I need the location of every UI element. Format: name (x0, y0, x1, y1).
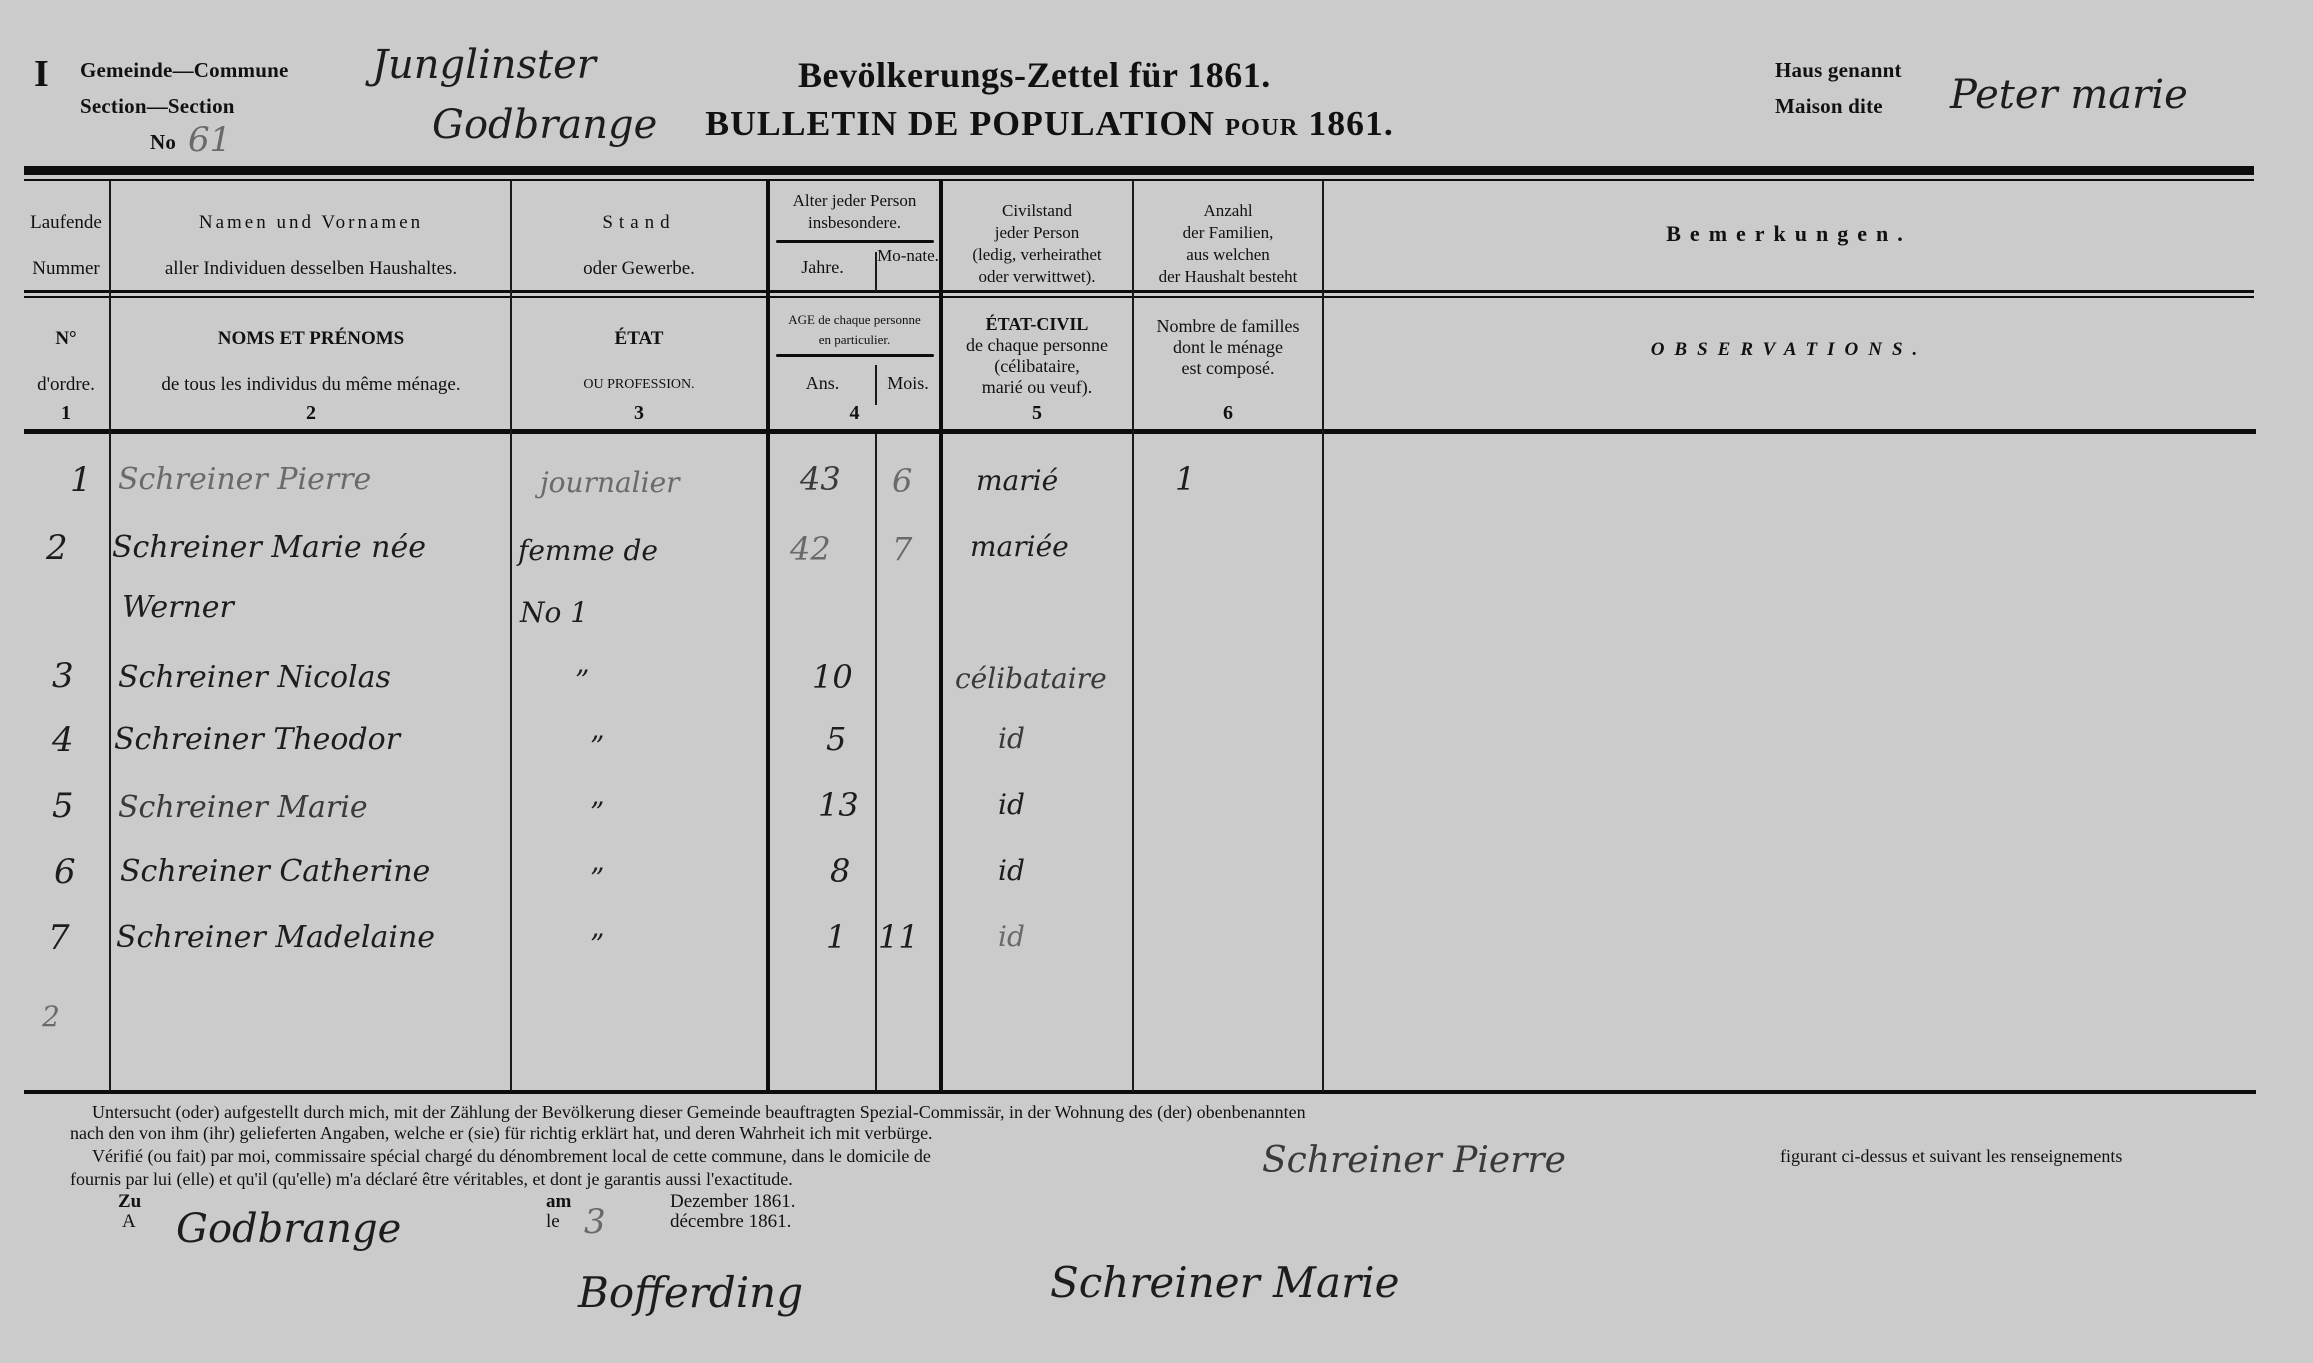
age-brace-de (776, 240, 934, 243)
row-1-profession: journalier (540, 466, 680, 499)
row-2-age-months: 7 (892, 530, 912, 568)
col2-header-de: Namen und Vornamen aller Individuen dess… (112, 200, 510, 292)
place-value: Godbrange (176, 1206, 401, 1252)
maison-label: Maison dite (1775, 94, 1883, 119)
col3-header-de: Stand oder Gewerbe. (512, 200, 766, 292)
col4-years-fr: Ans. (770, 372, 875, 395)
row-4-age-years: 5 (826, 720, 846, 758)
col3-de-line1: Stand (512, 200, 766, 246)
col5-number: 5 (942, 402, 1132, 425)
col1-de-line2: Nummer (22, 246, 110, 292)
row-3-profession: ” (575, 664, 589, 697)
col6-de-line2: der Familien, (1134, 222, 1322, 244)
row-7-civil: id (998, 920, 1025, 953)
col5-de-line1: Civilstand (942, 200, 1132, 222)
col4-number: 4 (770, 402, 939, 425)
section-label: Section—Section (80, 94, 235, 119)
footer-fr-line1: Vérifié (ou fait) par moi, commissaire s… (92, 1147, 931, 1165)
title-french-pour: POUR (1225, 115, 1298, 141)
col1-fr-title: N° (22, 316, 110, 362)
col1-number: 1 (22, 402, 110, 425)
row-6-profession: ” (590, 862, 604, 895)
signature-commissioner: Bofferding (578, 1268, 803, 1317)
row-7-profession: ” (590, 928, 604, 961)
row-7-name: Schreiner Madelaine (116, 920, 435, 955)
footer-de-line1: Untersucht (oder) aufgestellt durch mich… (92, 1103, 1306, 1121)
row-1-name: Schreiner Pierre (118, 462, 371, 497)
col5-fr-sub1: de chaque personne (942, 335, 1132, 356)
col5-de-line2: jeder Person (942, 222, 1132, 244)
number-label: No (150, 130, 176, 155)
title-french-year: 1861. (1308, 104, 1393, 143)
domicile-value: Schreiner Pierre (1262, 1140, 1566, 1181)
col4-years-de: Jahre. (770, 256, 875, 279)
row-1-age-years: 43 (800, 460, 841, 498)
col2-header-fr: NOMS ET PRÉNOMS de tous les individus du… (112, 316, 510, 408)
table-bottom-rule (24, 1090, 2256, 1094)
col6-header-de: Anzahl der Familien, aus welchen der Hau… (1134, 200, 1322, 288)
col6-de-line1: Anzahl (1134, 200, 1322, 222)
le-label: le (546, 1212, 560, 1231)
col4-months-fr: Mois. (877, 372, 939, 395)
row-3-name: Schreiner Nicolas (118, 660, 391, 695)
row-5-age-years: 13 (818, 786, 859, 824)
row-2-civil: mariée (970, 530, 1069, 563)
col1-de-line1: Laufende (22, 200, 110, 246)
col7-header-de: Bemerkungen. (1324, 220, 2254, 248)
row-1-age-months: 6 (892, 462, 912, 500)
row-3-age-years: 10 (812, 658, 853, 696)
zu-label: Zu (118, 1192, 141, 1211)
top-thick-rule (24, 166, 2254, 175)
col5-header-de: Civilstand jeder Person (ledig, verheira… (942, 200, 1132, 288)
row-2-age-years: 42 (790, 530, 831, 568)
footer-fr-line2: fournis par lui (elle) et qu'il (qu'elle… (70, 1170, 793, 1188)
row-4-profession: ” (590, 730, 604, 763)
row-7-age-years: 1 (826, 918, 846, 956)
col6-number: 6 (1134, 402, 1322, 425)
section-value: Godbrange (432, 102, 657, 148)
col5-fr-sub2: (célibataire, (942, 356, 1132, 377)
row-6-name: Schreiner Catherine (120, 854, 430, 889)
number-value: 61 (188, 120, 231, 160)
col6-header-fr: Nombre de familles dont le ménage est co… (1134, 316, 1322, 379)
col6-fr-sub3: est composé. (1134, 358, 1322, 379)
col5-de-line3: (ledig, verheirathet (942, 244, 1132, 266)
row-6-age-years: 8 (830, 852, 850, 890)
col2-fr-title: NOMS ET PRÉNOMS (112, 316, 510, 362)
col5-fr-title: ÉTAT-CIVIL (942, 314, 1132, 335)
col2-de-line1: Namen und Vornamen (112, 200, 510, 246)
col4-fr-title2: en particulier. (770, 330, 939, 350)
day-value: 3 (584, 1202, 606, 1242)
row-5-civil: id (998, 788, 1025, 821)
col3-header-fr: ÉTAT OU PROFESSION. (512, 316, 766, 408)
top-thin-rule (24, 179, 2254, 181)
row-6-number: 6 (54, 852, 76, 892)
register-mark: I (34, 52, 49, 96)
col4-de-line2: insbesondere. (770, 212, 939, 234)
month-de: Dezember 1861. (670, 1192, 796, 1211)
row-4-number: 4 (52, 720, 74, 760)
title-french-main: BULLETIN DE POPULATION (705, 104, 1215, 143)
row-3-number: 3 (52, 656, 74, 696)
col5-header-fr: ÉTAT-CIVIL de chaque personne (célibatai… (942, 314, 1132, 398)
row-7-number: 7 (48, 918, 70, 958)
col-divider-7 (1322, 181, 1324, 1091)
row-4-name: Schreiner Theodor (114, 722, 400, 757)
col3-fr-title: ÉTAT (512, 316, 766, 362)
col1-header-de: Laufende Nummer (22, 200, 110, 292)
row-3-civil: célibataire (955, 662, 1107, 695)
header-divider-2 (24, 296, 2254, 298)
maison-value: Peter marie (1950, 72, 2188, 118)
col4-header-fr: AGE de chaque personne en particulier. (770, 310, 939, 350)
header-bottom-rule (24, 429, 2256, 434)
col3-number: 3 (512, 402, 766, 425)
col6-de-line3: aus welchen (1134, 244, 1322, 266)
row-2-number: 2 (46, 528, 68, 568)
col6-de-line4: der Haushalt besteht (1134, 266, 1322, 288)
row-5-name: Schreiner Marie (118, 790, 368, 825)
row-2-name-line2: Werner (122, 590, 234, 625)
title-german: Bevölkerungs-Zettel für 1861. (798, 54, 1271, 96)
row-7-age-months: 11 (878, 918, 919, 956)
col2-de-line2: aller Individuen desselben Haushaltes. (112, 246, 510, 292)
row-6-civil: id (998, 854, 1025, 887)
col4-de-line1: Alter jeder Person (770, 190, 939, 212)
row-2-name: Schreiner Marie née (112, 530, 426, 565)
gemeinde-label: Gemeinde—Commune (80, 58, 289, 83)
col7-header-fr: OBSERVATIONS. (1324, 338, 2254, 362)
commune-value: Junglinster (372, 42, 596, 88)
col4-months-de: Mo-nate. (877, 246, 939, 266)
col6-fr-sub2: dont le ménage (1134, 337, 1322, 358)
row-2-profession: femme de (518, 534, 658, 567)
row-5-number: 5 (52, 786, 74, 826)
row-1-families: 1 (1175, 460, 1195, 498)
title-french: BULLETIN DE POPULATION POUR 1861. (705, 104, 1394, 144)
row-1-civil: marié (976, 464, 1058, 497)
month-fr: décembre 1861. (670, 1212, 791, 1231)
row-2-profession-line2: No 1 (520, 596, 588, 629)
stray-mark: 2 (42, 1000, 60, 1033)
row-5-profession: ” (590, 796, 604, 829)
col2-number: 2 (112, 402, 510, 425)
col3-de-line2: oder Gewerbe. (512, 246, 766, 292)
col5-fr-sub3: marié ou veuf). (942, 377, 1132, 398)
age-brace-fr (776, 354, 934, 357)
col5-de-line4: oder verwittwet). (942, 266, 1132, 288)
col4-header-de: Alter jeder Person insbesondere. (770, 190, 939, 234)
row-4-civil: id (998, 722, 1025, 755)
col4-fr-title: AGE de chaque personne (770, 310, 939, 330)
col1-header-fr: N° d'ordre. (22, 316, 110, 408)
footer-de-line2: nach den von ihm (ihr) gelieferten Angab… (70, 1124, 933, 1142)
col6-fr-sub1: Nombre de familles (1134, 316, 1322, 337)
am-label: am (546, 1192, 571, 1211)
signature-household-head: Schreiner Marie (1050, 1258, 1399, 1307)
row-1-number: 1 (70, 460, 92, 500)
a-label: A (122, 1212, 136, 1231)
footer-fr-line1-right: figurant ci-dessus et suivant les rensei… (1780, 1147, 2122, 1165)
haus-label: Haus genannt (1775, 58, 1902, 83)
col-divider-4c (875, 434, 877, 1090)
